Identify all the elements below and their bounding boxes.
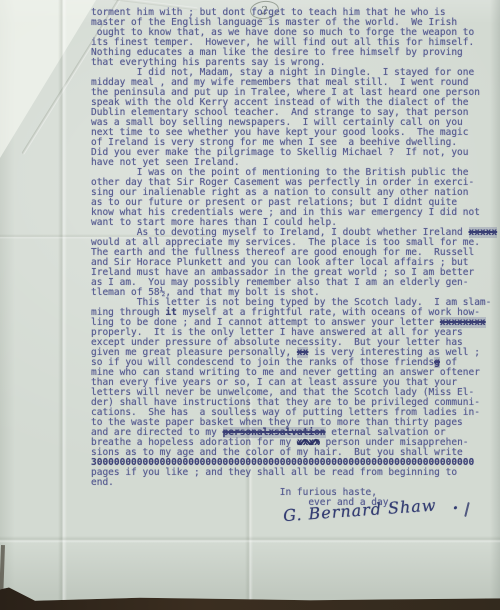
paper-vertical-crease bbox=[58, 0, 67, 602]
paper-horizontal-fold-crease bbox=[0, 536, 500, 543]
letter-page: 2 torment him with ; but dont forget to … bbox=[0, 0, 500, 602]
letter-line: pages if you like ; and they shall all b… bbox=[91, 468, 491, 478]
paper-edge-shadow bbox=[0, 545, 5, 602]
letter-body: torment him with ; but dont forget to te… bbox=[91, 8, 491, 508]
paper-fold-corner bbox=[0, 0, 96, 158]
signature-period: . bbox=[452, 494, 460, 513]
